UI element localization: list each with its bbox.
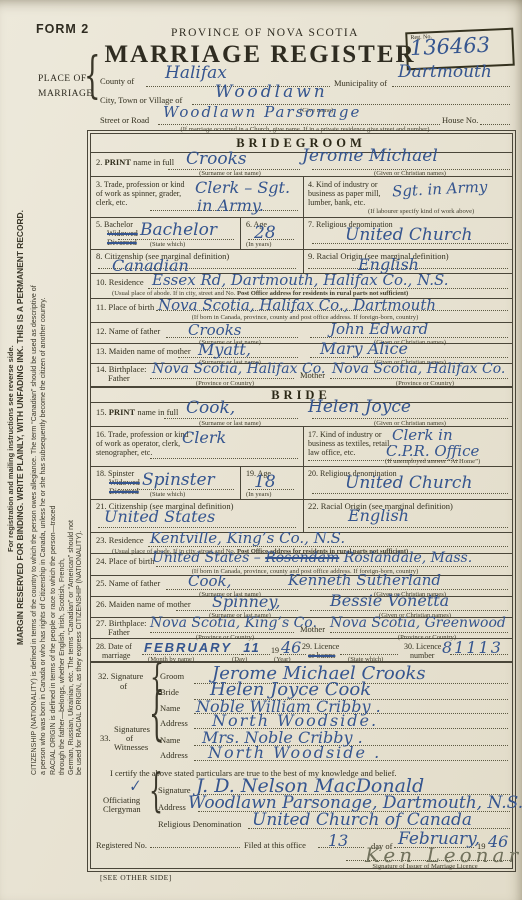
field10-label: 10. Residence (96, 278, 144, 288)
marriage-month-day-value: FEBRUARY 11 (144, 640, 261, 655)
reg-no-value: 136463 (409, 33, 490, 60)
county-label: County of (100, 77, 134, 87)
margin-citizenship-def-line1: CITIZENSHIP (NATIONALITY) is defined in … (30, 285, 39, 775)
registered-no-label: Registered No. (96, 841, 147, 851)
groom-birthplace-value: Nova Scotia, Halifax Co., Dartmouth (158, 296, 436, 314)
county-value: Halifax (165, 63, 227, 83)
field3-label: 3. Trade, profession or kind of work as … (96, 180, 190, 207)
field26-label: 26. Maiden name of mother (96, 600, 191, 610)
page-title: MARRIAGE REGISTER (100, 41, 420, 69)
groom-religion-value: United Church (345, 225, 472, 245)
bride-given-value: Helen Joyce (308, 397, 411, 417)
field14-father-label: Father (108, 374, 130, 384)
officiating-label-2: Clergyman (103, 805, 141, 815)
margin-racial-def-line3: German, Russian, Ukrainian, etc. The ter… (67, 506, 76, 775)
dotted-rule (158, 124, 440, 125)
municipality-value: Dartmouth (398, 62, 492, 82)
field19-hint: (In years) (246, 491, 271, 499)
bride-residence-value: Kentville, King’s Co., N.S. (150, 529, 345, 547)
dotted-rule (330, 378, 508, 379)
year-printed-prefix: 19 (271, 646, 279, 655)
grid-line (90, 249, 512, 250)
grid-line (303, 467, 304, 499)
dotted-rule (156, 566, 508, 567)
field5-hint: (State which) (110, 241, 225, 249)
clergy-denomination-label: Religious Denomination (158, 820, 241, 830)
house-no-label: House No. (442, 116, 478, 126)
field29-label-2: or banns (308, 651, 335, 660)
grid-line (303, 250, 304, 273)
field24-label: 24. Place of birth (96, 557, 155, 567)
province-hint: (Province or Country) (360, 380, 490, 388)
dotted-rule (150, 458, 298, 459)
dotted-rule (480, 124, 510, 125)
surname-hint: (Surname or last name) (160, 420, 300, 428)
groom-mother-given: Mary Alice (320, 339, 408, 358)
groom-trade-value-1: Clerk – Sgt. (195, 178, 290, 197)
filed-day-value: 13 (328, 831, 348, 850)
witness1-address-label: Address (160, 719, 188, 729)
bride-father-given: Kenneth Sutherland (288, 571, 441, 589)
grid-line (303, 218, 304, 249)
field33-label-3: Witnesses (114, 743, 148, 753)
margin-instructions-note: For registration and mailing instruction… (6, 345, 15, 552)
grid-line (303, 177, 304, 217)
bride-section-title: BRIDE (90, 388, 512, 403)
marriage-register-document: For registration and mailing instruction… (0, 0, 522, 900)
field11-hint: (If born in Canada, province, county and… (110, 314, 500, 322)
field27-father-label: Father (108, 628, 130, 638)
grid-line (90, 322, 512, 323)
grid-line (303, 500, 304, 532)
dotted-rule (392, 86, 510, 87)
street-label: Street or Road (100, 116, 149, 126)
field30-label-2: number (410, 651, 434, 660)
street-hint: (If marriage occurred in a Church, give … (110, 126, 500, 134)
given-hint: (Given or Christian names) (330, 170, 490, 178)
bride-age-value: 18 (254, 472, 276, 492)
province-hint: (Province or Country) (160, 380, 290, 388)
margin-citizenship-def-line2: a person who was born in Canada or who h… (39, 285, 48, 775)
surname-hint: (Surname or last name) (160, 170, 300, 178)
dotted-rule (312, 493, 508, 494)
groom-trade-value-2: in Army. (197, 196, 264, 215)
grid-line (90, 152, 512, 153)
margin-racial-def-line2: through the father—belongs, whether Engl… (58, 506, 67, 775)
clergy-signature-label: Signature (158, 786, 191, 796)
field32-of-label: of (120, 682, 127, 692)
form-number: FORM 2 (36, 22, 89, 36)
margin-binding-note: MARGIN RESERVED FOR BINDING. WRITE PLAIN… (15, 210, 25, 645)
groom-surname-value: Crooks (186, 149, 247, 169)
city-value: Woodlawn (215, 82, 328, 102)
dotted-rule (98, 527, 296, 528)
grid-line (90, 217, 512, 218)
place-label-2: MARRIAGE (38, 89, 93, 99)
field25-label: 25. Name of father (96, 579, 160, 589)
field12-label: 12. Name of father (96, 327, 160, 337)
licence-number-value: 81113 (442, 638, 503, 657)
dotted-rule (150, 378, 294, 379)
groom-father-birthplace: Nova Scotia, Halifax Co. (152, 361, 325, 377)
field28-label-1: 28. Date of (96, 642, 132, 651)
bride-mother-birthplace: Nova Scotia, Greenwood (330, 615, 506, 631)
dotted-rule (150, 847, 240, 848)
groom-mother-birthplace: Nova Scotia, Halifax Co. (332, 361, 505, 377)
place-label-1: PLACE OF (38, 74, 87, 84)
witness2-address-value: North Woodside . (208, 743, 381, 762)
witness1-name-label: Name (160, 704, 180, 714)
bride-religion-value: United Church (345, 473, 472, 493)
field4-label: 4. Kind of industry or business as paper… (308, 180, 396, 207)
field33-number: 33. (100, 734, 111, 744)
see-other-side-note: [SEE OTHER SIDE] (100, 873, 172, 882)
bride-racial-origin-value: English (348, 506, 409, 525)
marriage-year-value: 46 (281, 638, 301, 657)
witness2-address-label: Address (160, 751, 188, 761)
field4-hint: (If labourer specify kind of work above) (368, 208, 474, 216)
bride-surname-value: Cook, (186, 398, 235, 418)
grid-line (90, 499, 512, 500)
clergy-address-label: Address (158, 803, 186, 813)
grid-line (90, 466, 512, 467)
bride-mother-surname: Spinney, (212, 592, 280, 611)
bride-marital-status-value: Spinster (142, 470, 215, 490)
groom-age-value: 28 (254, 223, 276, 243)
filed-label: Filed at this office (244, 841, 306, 851)
bride-industry-value-2: C.P.R. Office (386, 442, 479, 460)
field11-label: 11. Place of birth (96, 303, 154, 313)
groom-father-given: John Edward (330, 320, 428, 338)
field2-label: 2. PRINT name in full (96, 158, 174, 168)
bride-trade-value: Clerk (182, 428, 226, 447)
grid-line (240, 467, 241, 499)
bride-father-birthplace: Nova Scotia, King’s Co. (150, 615, 317, 631)
groom-father-surname: Crooks (188, 321, 242, 339)
margin-racial-def-line1: RACIAL ORIGIN is defined in terms of the… (49, 506, 58, 775)
groom-given-value: Jerome Michael (302, 146, 438, 166)
field18-hint: (State which) (110, 491, 225, 499)
grid-line (240, 218, 241, 249)
grid-line (303, 427, 304, 466)
municipality-label: Municipality of (334, 79, 387, 89)
bridegroom-section-title: BRIDEGROOM (90, 136, 512, 151)
bride-birthplace-value: United States – Rosendam Roslandale, Mas… (152, 550, 472, 566)
clergy-denomination-value: United Church of Canada (252, 810, 472, 830)
field28-label-2: marriage (102, 651, 130, 660)
field16-label: 16. Trade, profession or kind of work as… (96, 430, 190, 457)
field29-label-1: 29. Licence (302, 642, 339, 651)
field13-label: 13. Maiden name of mother (96, 347, 191, 357)
bride-father-surname: Cook, (188, 572, 231, 590)
field23-label: 23. Residence (96, 536, 144, 546)
groom-residence-value: Essex Rd, Dartmouth, Halifax Co., N.S. (152, 271, 449, 289)
margin-racial-def-line4: be used for RACIAL ORIGIN, as they expre… (75, 506, 84, 775)
bride-citizenship-value: United States (104, 507, 215, 526)
field15-label: 15. PRINT name in full (96, 408, 178, 418)
dotted-rule (308, 527, 508, 528)
field30-label-1: 30. Licence (404, 642, 441, 651)
witness2-name-label: Name (160, 736, 180, 746)
bride-mother-given: Bessie Vonetta (330, 591, 449, 610)
dotted-rule (340, 654, 398, 655)
street-value: Woodlawn Parsonage (163, 103, 361, 121)
field17-label: 17. Kind of industry or business as text… (308, 430, 394, 457)
groom-mother-surname: Myatt, (198, 340, 251, 359)
issuer-signature-value: Ken Leonard (365, 843, 522, 867)
province-title: PROVINCE OF NOVA SCOTIA (130, 27, 400, 39)
groom-marital-status-value: Bachelor (140, 220, 217, 240)
